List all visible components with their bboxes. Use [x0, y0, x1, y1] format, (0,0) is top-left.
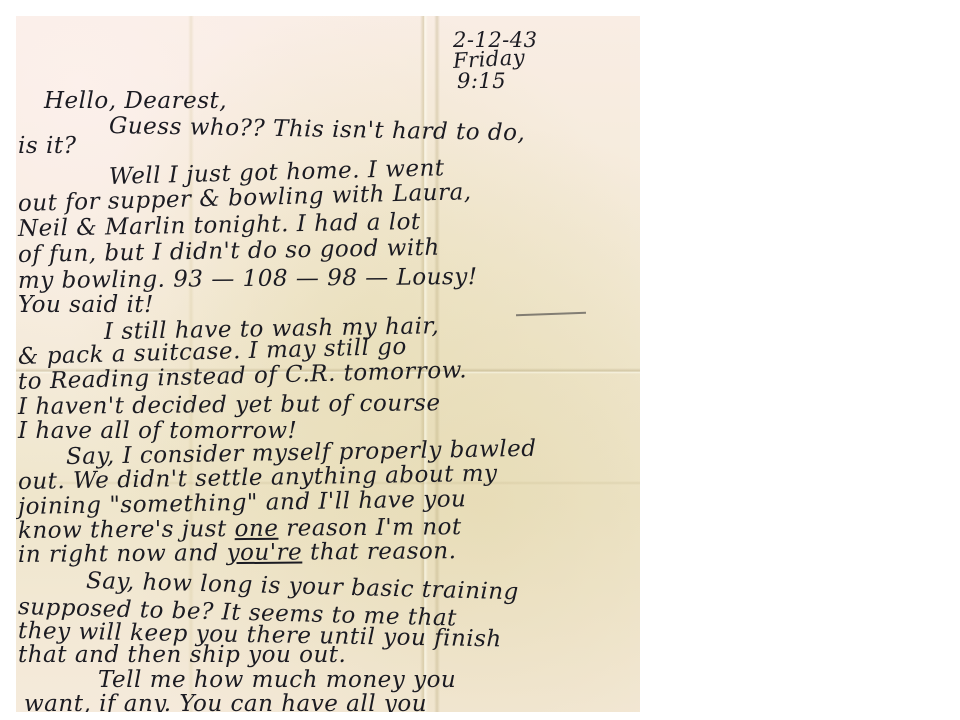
letter-page: 2-12-43 Friday 9:15 Hello, Dearest, Gues…: [16, 16, 640, 712]
salutation: Hello, Dearest,: [44, 88, 227, 114]
body-line: is it?: [18, 133, 76, 159]
body-line: in right now and you're that reason.: [18, 538, 457, 568]
body-line: Guess who?? This isn't hard to do,: [109, 113, 526, 146]
body-line: Tell me how much money you: [98, 667, 456, 693]
underlined-word: you're: [227, 540, 303, 567]
underlined-word: one: [234, 516, 278, 542]
body-line: want, if any. You can have all you: [24, 691, 427, 712]
underline-stroke: [516, 312, 586, 316]
body-line: that and then ship you out.: [18, 642, 346, 668]
body-line: You said it!: [18, 292, 154, 318]
body-text: that reason.: [310, 538, 457, 565]
body-line: I haven't decided yet but of course: [18, 390, 441, 420]
body-text: in right now and: [18, 540, 219, 568]
letter-time: 9:15: [457, 69, 506, 93]
body-line: my bowling. 93 — 108 — 98 — Lousy!: [18, 264, 478, 294]
